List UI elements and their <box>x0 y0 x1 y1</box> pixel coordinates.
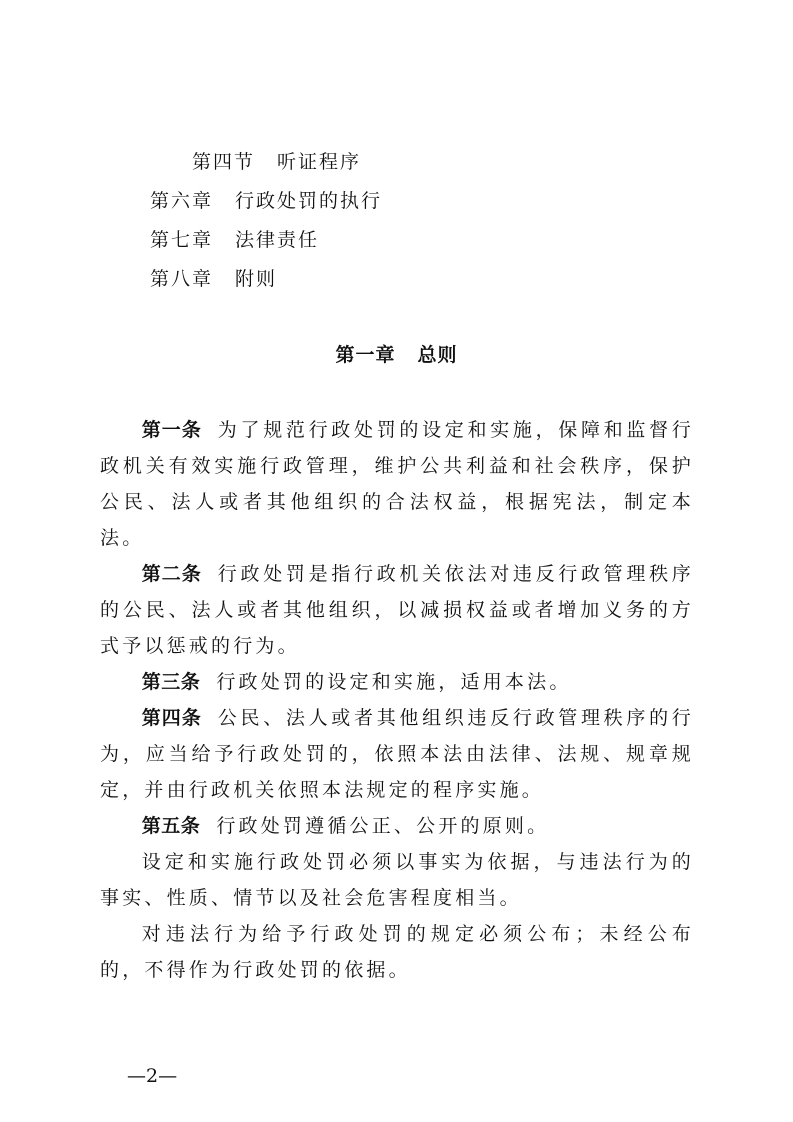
article-text: 设定和实施行政处罚必须以事实为依据，与违法行为的事实、性质、情节以及社会危害程度… <box>100 851 694 909</box>
toc-item-title: 法律责任 <box>235 225 319 252</box>
toc-item-section-4: 第四节听证程序 <box>192 147 361 174</box>
article-label: 第四条 <box>142 707 202 729</box>
article-text: 行政处罚的设定和实施，适用本法。 <box>216 671 571 693</box>
toc-item-number: 第四节 <box>192 147 255 174</box>
toc-item-title: 听证程序 <box>277 147 361 174</box>
article-5-paragraph-2: 设定和实施行政处罚必须以事实为依据，与违法行为的事实、性质、情节以及社会危害程度… <box>100 844 694 916</box>
toc-item-title: 行政处罚的执行 <box>235 186 382 213</box>
toc-item-number: 第七章 <box>150 225 213 252</box>
article-label: 第二条 <box>142 563 202 585</box>
article-text: 行政处罚遵循公正、公开的原则。 <box>216 815 549 837</box>
chapter-number: 第一章 <box>335 344 395 366</box>
article-label: 第一条 <box>142 419 202 441</box>
article-2: 第二条行政处罚是指行政机关依法对违反行政管理秩序的公民、法人或者其他组织，以减损… <box>100 556 694 664</box>
chapter-heading: 第一章总则 <box>0 340 793 367</box>
chapter-title: 总则 <box>418 344 458 366</box>
article-label: 第五条 <box>142 815 201 837</box>
articles-body: 第一条为了规范行政处罚的设定和实施，保障和监督行政机关有效实施行政管理，维护公共… <box>100 412 694 988</box>
page-number: —2— <box>127 1065 177 1087</box>
article-5-paragraph-3: 对违法行为给予行政处罚的规定必须公布；未经公布的，不得作为行政处罚的依据。 <box>100 916 694 988</box>
article-3: 第三条行政处罚的设定和实施，适用本法。 <box>100 664 694 700</box>
article-5: 第五条行政处罚遵循公正、公开的原则。 <box>100 808 694 844</box>
article-4: 第四条公民、法人或者其他组织违反行政管理秩序的行为，应当给予行政处罚的，依照本法… <box>100 700 694 808</box>
toc-item-number: 第六章 <box>150 186 213 213</box>
toc-item-chapter-6: 第六章行政处罚的执行 <box>150 186 382 213</box>
toc-item-number: 第八章 <box>150 264 213 291</box>
article-1: 第一条为了规范行政处罚的设定和实施，保障和监督行政机关有效实施行政管理，维护公共… <box>100 412 694 556</box>
toc-item-chapter-7: 第七章法律责任 <box>150 225 319 252</box>
toc-item-chapter-8: 第八章附则 <box>150 264 277 291</box>
article-text: 对违法行为给予行政处罚的规定必须公布；未经公布的，不得作为行政处罚的依据。 <box>100 923 694 981</box>
article-label: 第三条 <box>142 671 201 693</box>
toc-item-title: 附则 <box>235 264 277 291</box>
